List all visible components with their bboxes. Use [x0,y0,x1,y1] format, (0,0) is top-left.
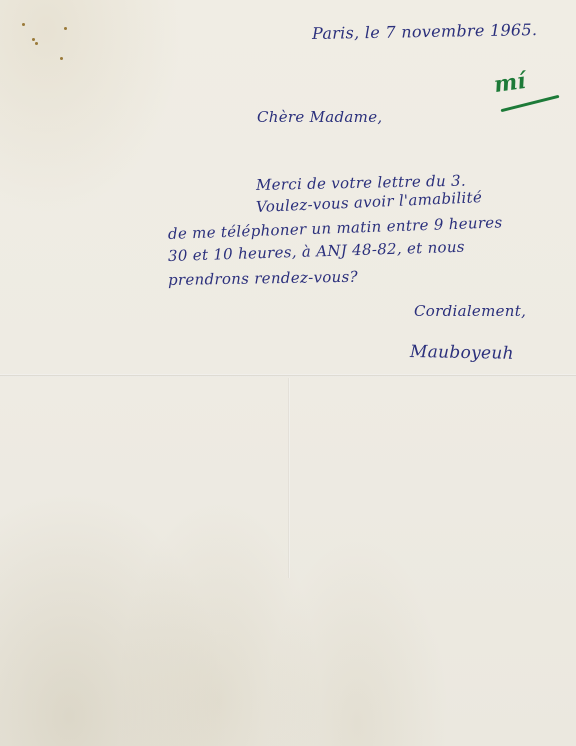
rust-spot [32,38,35,41]
horizontal-fold-line [0,374,576,377]
rust-spot [35,42,38,45]
letter-sheet: Paris, le 7 novembre 1965. mı́ Chère Mad… [0,0,576,746]
signature: Mauboyeuh [410,342,514,364]
dateline: Paris, le 7 novembre 1965. [312,20,538,43]
salutation: Chère Madame, [257,108,382,126]
green-annotation-mark: mı́ [492,68,527,98]
closing: Cordialement, [414,302,526,320]
vertical-fold-line [288,378,290,578]
green-annotation-underline [501,95,560,112]
rust-spot [22,23,25,26]
rust-spot [60,57,63,60]
rust-spot [64,27,67,30]
body-line: prendrons rendez-vous? [168,268,358,289]
body-line: 30 et 10 heures, à ANJ 48-82, et nous [168,238,465,265]
